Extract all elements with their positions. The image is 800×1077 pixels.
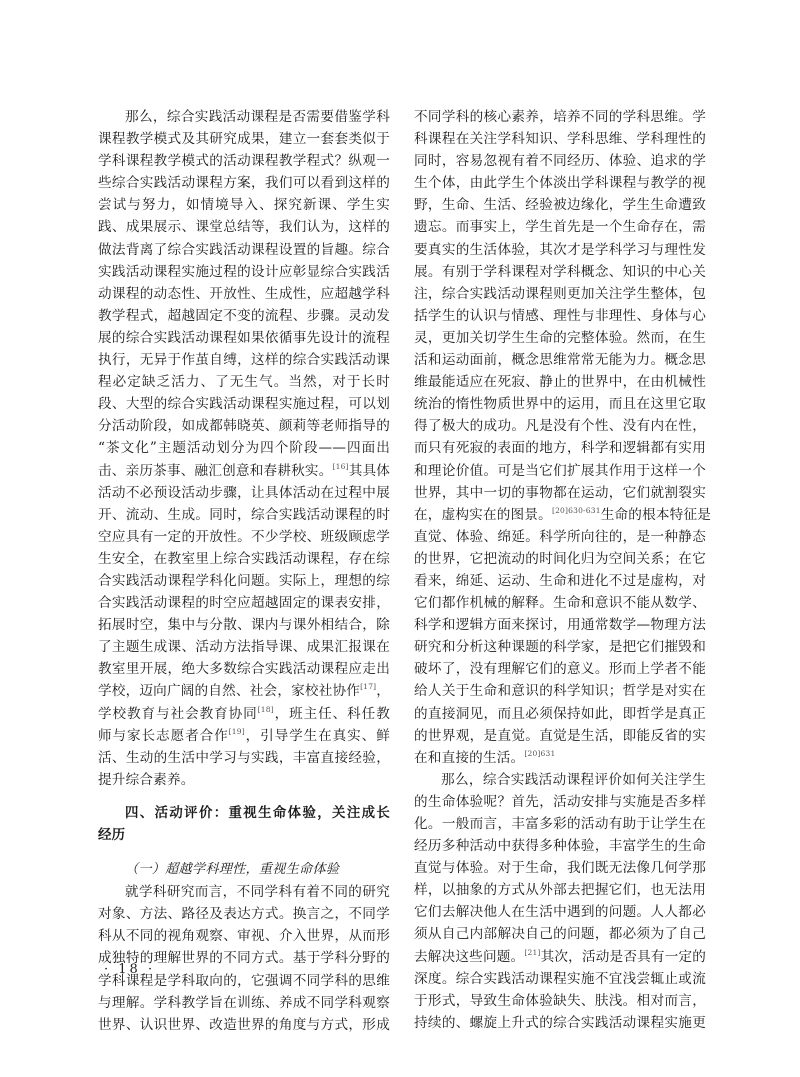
text-line: 须从自己内部解决自己的问题，都必须为了自己 — [414, 923, 706, 945]
text-line-with-citation: 在，虚构实在的图景。[20]630-631生命的根本特征是 — [414, 504, 706, 526]
text-line: 执行，无异于作茧自缚，这样的综合实践活动课 — [98, 349, 390, 371]
paragraph-life-experience: 那么，综合实践活动课程评价如何关注学生 的生命体验呢？首先，活动安排与实施是否多… — [414, 769, 706, 1034]
text-line: 灵，更加关切学生生命的完整体验。然而，在生 — [414, 327, 706, 349]
text-line-with-citation: 师与家长志愿者合作[19]，引导学生在真实、鲜 — [98, 725, 390, 747]
paragraph-course-procedure: 那么，综合实践活动课程是否需要借鉴学科 课程教学模式及其研究成果，建立一套套类似… — [98, 106, 390, 791]
page-number: · 18 · — [104, 962, 155, 977]
paragraph-core-literacy: 不同学科的核心素养，培养不同的学科思维。学 科课程在关注学科知识、学科思维、学科… — [414, 106, 706, 769]
journal-page: 那么，综合实践活动课程是否需要借鉴学科 课程教学模式及其研究成果，建立一套套类似… — [0, 0, 800, 1077]
text-line: 化。一般而言，丰富多彩的活动有助于让学生在 — [414, 813, 706, 835]
text-line: 遗忘。而事实上，学生首先是一个生命存在，需 — [414, 216, 706, 238]
text-line: 动课程的动态性、开放性、生成性，应超越学科 — [98, 283, 390, 305]
text-line: 空应具有一定的开放性。不少学校、班级顾虑学 — [98, 526, 390, 548]
text-line: 看来，绵延、运动、生命和进化不过是虚构，对 — [414, 570, 706, 592]
text-line-with-citation: 击、亲历茶事、融汇创意和春耕秋实。[16]其具体 — [98, 460, 390, 482]
text-line: 而只有死寂的表面的地方，科学和逻辑都有实用 — [414, 437, 706, 459]
text-line: 做法背离了综合实践活动课程设置的旨趣。综合 — [98, 239, 390, 261]
text-line: 实践活动课程实施过程的设计应彰显综合实践活 — [98, 261, 390, 283]
text-line: 得了极大的成功。凡是没有个性、没有内在性， — [414, 415, 706, 437]
citation-20-630-631: [20]630-631 — [552, 506, 601, 515]
text-line: 样，以抽象的方式从外部去把握它们，也无法用 — [414, 879, 706, 901]
text-line: 经历多种活动中获得多种体验，丰富学生的生命 — [414, 835, 706, 857]
subsection-heading: （一）超越学科理性，重视生命体验 — [98, 859, 390, 881]
text-line: 对象、方法、路径及表达方式。换言之，不同学 — [98, 903, 390, 925]
text-line: 的直接洞见，而且必须保持如此，即哲学是真正 — [414, 703, 706, 725]
text-line: 破坏了，没有理解它们的意义。形而上学者不能 — [414, 658, 706, 680]
text-line: 和理论价值。可是当它们扩展其作用于这样一个 — [414, 460, 706, 482]
citation-20-631: [20]631 — [524, 749, 555, 758]
text-line: 开、流动、生成。同时，综合实践活动课程的时 — [98, 504, 390, 526]
text-line: 不同学科的核心素养，培养不同的学科思维。学 — [414, 106, 706, 128]
text-line: 学科课程教学模式的活动课程教学程式？纵观一 — [98, 150, 390, 172]
text-segment: ， — [376, 683, 390, 699]
text-segment: 师与家长志愿者合作 — [98, 728, 229, 744]
text-segment: 生命的根本特征是 — [601, 507, 711, 523]
text-line: 的世界，它把流动的时间化归为空间关系；在它 — [414, 548, 706, 570]
text-line: 给人关于生命和意识的科学知识；哲学是对实在 — [414, 680, 706, 702]
section-heading-cont: 经历 — [98, 825, 390, 847]
left-column: 那么，综合实践活动课程是否需要借鉴学科 课程教学模式及其研究成果，建立一套套类似… — [98, 106, 390, 1036]
text-line: 分活动阶段，如成都韩晓英、颜莉等老师指导的 — [98, 415, 390, 437]
text-line: 的世界观，是直觉。直觉是生活，即能反省的实 — [414, 725, 706, 747]
spacer — [98, 847, 390, 859]
text-line: 展的综合实践活动课程如果依循事先设计的流程 — [98, 327, 390, 349]
text-line: 些综合实践活动课程方案，我们可以看到这样的 — [98, 172, 390, 194]
text-line: 段、大型的综合实践活动课程实施过程，可以划 — [98, 393, 390, 415]
text-segment: ，班主任、科任教 — [274, 706, 390, 722]
text-segment: 学校教育与社会教育协同 — [98, 706, 258, 722]
text-line: 程必定缺乏活力、了无生气。当然，对于长时 — [98, 371, 390, 393]
text-line: 直觉、体验、绵延。科学所向往的，是一种静态 — [414, 526, 706, 548]
text-line: 课程教学模式及其研究成果，建立一套套类似于 — [98, 128, 390, 150]
text-line: 了主题生成课、活动方法指导课、成果汇报课在 — [98, 636, 390, 658]
text-line: 教室里开展，绝大多数综合实践活动课程应走出 — [98, 658, 390, 680]
citation-17: [17] — [360, 682, 376, 691]
text-segment: 学校，迈向广阔的自然、社会，家校社协作 — [98, 683, 360, 699]
citation-19: [19] — [229, 727, 245, 736]
text-segment: 去解决这些问题。 — [414, 949, 524, 965]
text-line: 教学程式，超越固定不变的流程、步骤。灵动发 — [98, 305, 390, 327]
citation-18: [18] — [258, 705, 274, 714]
text-line: 展。有别于学科课程对学科概念、知识的中心关 — [414, 261, 706, 283]
text-segment: 击、亲历茶事、融汇创意和春耕秋实。 — [98, 463, 333, 479]
text-line: 世界，其中一切的事物都在运动，它们就割裂实 — [414, 482, 706, 504]
text-line: 拓展时空，集中与分散、课内与课外相结合，除 — [98, 614, 390, 636]
text-line: “茶文化”主题活动划分为四个阶段——四面出 — [98, 437, 390, 459]
text-segment: 其次，活动是否具有一定的 — [541, 949, 707, 965]
text-segment: 在，虚构实在的图景。 — [414, 507, 552, 523]
text-line: 科学和逻辑方面来探讨，用通常数学—物理方法 — [414, 614, 706, 636]
text-line: 提升综合素养。 — [98, 769, 390, 791]
text-line-with-citation: 学校，迈向广阔的自然、社会，家校社协作[17]， — [98, 680, 390, 702]
text-line: 尝试与努力，如情境导入、探究新课、学生实 — [98, 194, 390, 216]
text-line: 研究和分析这种课题的科学家，是把它们摧毁和 — [414, 636, 706, 658]
text-line: 直觉与体验。对于生命，我们既无法像几何学那 — [414, 857, 706, 879]
text-line: 的生命体验呢？首先，活动安排与实施是否多样 — [414, 791, 706, 813]
text-line: 合实践活动课程学科化问题。实际上，理想的综 — [98, 570, 390, 592]
text-line: 统治的惰性物质世界中的运用，而且在这里它取 — [414, 393, 706, 415]
text-segment: 在和直接的生活。 — [414, 750, 524, 766]
text-line: 世界、认识世界、改造世界的角度与方式，形成 — [98, 1014, 390, 1036]
text-line: 持续的、螺旋上升式的综合实践活动课程实施更 — [414, 1012, 706, 1034]
text-line: 活和运动面前，概念思维常常无能为力。概念思 — [414, 349, 706, 371]
paragraph-subject-study: 就学科研究而言，不同学科有着不同的研究 对象、方法、路径及表达方式。换言之，不同… — [98, 881, 390, 1036]
citation-21: [21] — [524, 948, 540, 957]
text-line: 它们去解决他人在生活中遇到的问题。人人都必 — [414, 901, 706, 923]
text-line: 践、成果展示、课堂总结等，我们认为，这样的 — [98, 216, 390, 238]
text-line: 同时，容易忽视有着不同经历、体验、追求的学 — [414, 150, 706, 172]
text-line: 生个体，由此学生个体淡出学科课程与教学的视 — [414, 172, 706, 194]
text-line: 野，生命、生活、经验被边缘化，学生生命遭致 — [414, 194, 706, 216]
section-heading: 四、活动评价：重视生命体验，关注成长 — [98, 803, 390, 825]
right-column: 不同学科的核心素养，培养不同的学科思维。学 科课程在关注学科知识、学科思维、学科… — [414, 106, 706, 1034]
text-line: 合实践活动课程的时空应超越固定的课表安排， — [98, 592, 390, 614]
text-line: 那么，综合实践活动课程评价如何关注学生 — [414, 769, 706, 791]
text-line: 于形式，导致生命体验缺失、肤浅。相对而言， — [414, 990, 706, 1012]
text-line: 深度。综合实践活动课程实施不宜浅尝辄止或流 — [414, 968, 706, 990]
text-line: 生安全，在教室里上综合实践活动课程，存在综 — [98, 548, 390, 570]
text-line-with-citation: 在和直接的生活。[20]631 — [414, 747, 706, 769]
text-segment: ，引导学生在真实、鲜 — [245, 728, 390, 744]
text-line: 活、生动的生活中学习与实践，丰富直接经验， — [98, 747, 390, 769]
text-line: 活动不必预设活动步骤，让具体活动在过程中展 — [98, 482, 390, 504]
text-line: 要真实的生活体验，其次才是学科学习与理性发 — [414, 239, 706, 261]
citation-16: [16] — [333, 462, 349, 471]
text-line: 那么，综合实践活动课程是否需要借鉴学科 — [98, 106, 390, 128]
text-line: 科从不同的视角观察、审视、介入世界，从而形 — [98, 925, 390, 947]
text-line: 括学生的认识与情感、理性与非理性、身体与心 — [414, 305, 706, 327]
text-segment: 其具体 — [349, 463, 390, 479]
text-line-with-citation: 学校教育与社会教育协同[18]，班主任、科任教 — [98, 703, 390, 725]
text-line: 注，综合实践活动课程则更加关注学生整体，包 — [414, 283, 706, 305]
text-line: 维最能适应在死寂、静止的世界中，在由机械性 — [414, 371, 706, 393]
text-line: 它们都作机械的解释。生命和意识不能从数学、 — [414, 592, 706, 614]
text-line: 科课程在关注学科知识、学科思维、学科理性的 — [414, 128, 706, 150]
text-line: 就学科研究而言，不同学科有着不同的研究 — [98, 881, 390, 903]
spacer — [98, 791, 390, 803]
text-line-with-citation: 去解决这些问题。[21]其次，活动是否具有一定的 — [414, 946, 706, 968]
text-line: 与理解。学科教学旨在训练、养成不同学科观察 — [98, 992, 390, 1014]
